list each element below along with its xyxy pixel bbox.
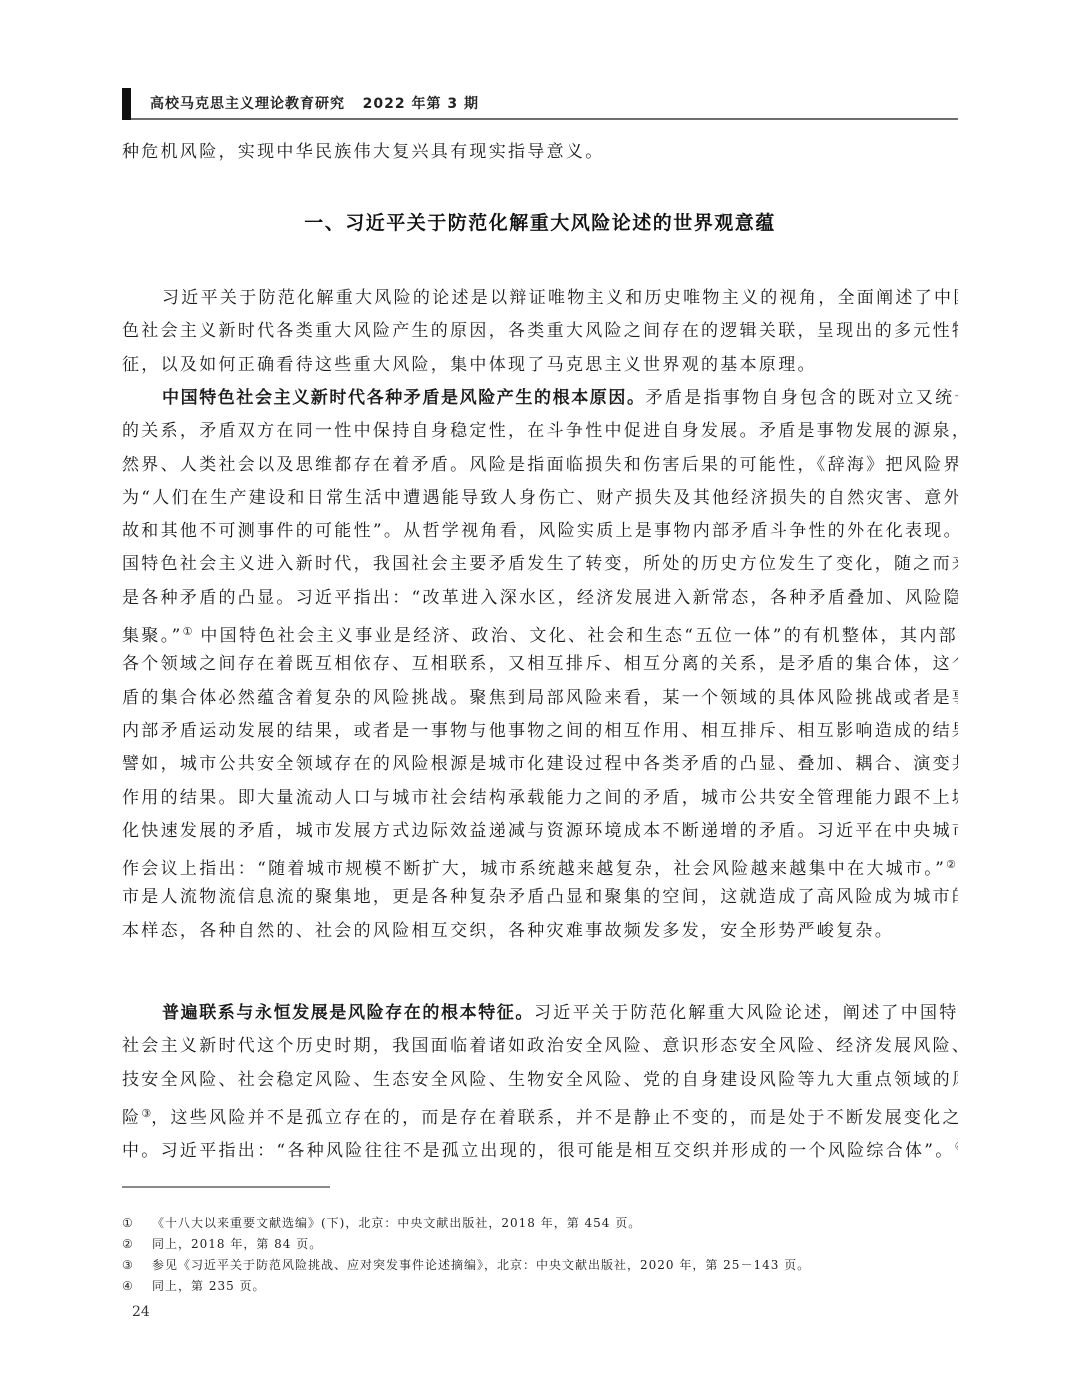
text-line: 种危机风险，实现中华民族伟大复兴具有现实指导意义。 [122, 136, 958, 169]
journal-name: 高校马克思主义理论教育研究 [150, 96, 345, 112]
text-line: 本样态，各种自然的、社会的风险相互交织，各种灾难事故频发多发，安全形势严峻复杂。 [122, 915, 958, 948]
text-line: 国特色社会主义进入新时代，我国社会主要矛盾发生了转变，所处的历史方位发生了变化，… [122, 548, 958, 581]
text-line: 譬如，城市公共安全领域存在的风险根源是城市化建设过程中各类矛盾的凸显、叠加、耦合… [122, 748, 958, 781]
text-line: 普遍联系与永恒发展是风险存在的根本特征。习近平关于防范化解重大风险论述，阐述了中… [122, 997, 958, 1030]
text-line: 各个领域之间存在着既互相依存、互相联系，又相互排斥、相互分离的关系，是矛盾的集合… [122, 648, 958, 681]
text-line: 的关系，矛盾双方在同一性中保持自身稳定性，在斗争性中促进自身发展。矛盾是事物发展… [122, 415, 958, 448]
footnote-2: ②同上，2018 年，第 84 页。 [122, 1234, 958, 1255]
text-line: 技安全风险、社会稳定风险、生态安全风险、生物安全风险、党的自身建设风险等九大重点… [122, 1064, 958, 1097]
section-title: 一、习近平关于防范化解重大风险论述的世界观意蕴 [122, 208, 958, 235]
paragraph-1: 习近平关于防范化解重大风险的论述是以辩证唯物主义和历史唯物主义的视角，全面阐述了… [122, 282, 958, 382]
footnotes: ①《十八大以来重要文献选编》(下)，北京：中央文献出版社，2018 年，第 45… [122, 1213, 958, 1297]
text-line: 习近平关于防范化解重大风险的论述是以辩证唯物主义和历史唯物主义的视角，全面阐述了… [122, 282, 958, 315]
text-line: 险③，这些风险并不是孤立存在的，而是存在着联系，并不是静止不变的，而是处于不断发… [122, 1097, 958, 1130]
text-line: 化快速发展的矛盾，城市发展方式边际效益递减与资源环境成本不断递增的矛盾。习近平在… [122, 815, 958, 848]
text-line: 盾的集合体必然蕴含着复杂的风险挑战。聚焦到局部风险来看，某一个领域的具体风险挑战… [122, 682, 958, 715]
text-line: 为“人们在生产建设和日常生活中遭遇能导致人身伤亡、财产损失及其他经济损失的自然灾… [122, 482, 958, 515]
footnote-ref-3[interactable]: ③ [141, 1107, 151, 1120]
text-line: 社会主义新时代这个历史时期，我国面临着诸如政治安全风险、意识形态安全风险、经济发… [122, 1030, 958, 1063]
running-header: 高校马克思主义理论教育研究 2022 年第 3 期 [122, 88, 958, 120]
footnote-3: ③参见《习近平关于防范风险挑战、应对突发事件论述摘编》，北京：中央文献出版社，2… [122, 1255, 958, 1276]
paragraph-2: 中国特色社会主义新时代各种矛盾是风险产生的根本原因。矛盾是指事物自身包含的既对立… [122, 382, 958, 948]
footnote-4: ④同上，第 235 页。 [122, 1276, 958, 1297]
text-line: 然界、人类社会以及思维都存在着矛盾。风险是指面临损失和伤害后果的可能性，《辞海》… [122, 449, 958, 482]
text-line: 故和其他不可测事件的可能性”。从哲学视角看，风险实质上是事物内部矛盾斗争性的外在… [122, 515, 958, 548]
text-line: 内部矛盾运动发展的结果，或者是一事物与他事物之间的相互作用、相互排斥、相互影响造… [122, 715, 958, 748]
continuation-text: 种危机风险，实现中华民族伟大复兴具有现实指导意义。 [122, 136, 958, 169]
header-text: 高校马克思主义理论教育研究 2022 年第 3 期 [150, 93, 479, 113]
footnote-1: ①《十八大以来重要文献选编》(下)，北京：中央文献出版社，2018 年，第 45… [122, 1213, 958, 1234]
issue-label: 2022 年第 3 期 [363, 96, 479, 112]
text-line: 作会议上指出：“随着城市规模不断扩大，城市系统越来越复杂，社会风险越来越集中在大… [122, 848, 958, 881]
page-number: 24 [132, 1304, 150, 1320]
text-line: 中国特色社会主义新时代各种矛盾是风险产生的根本原因。矛盾是指事物自身包含的既对立… [122, 382, 958, 415]
footnote-ref-2[interactable]: ② [946, 858, 956, 871]
text-line: 中。习近平指出：“各种风险往往不是孤立出现的，很可能是相互交织并形成的一个风险综… [122, 1130, 958, 1163]
paragraph-lead: 中国特色社会主义新时代各种矛盾是风险产生的根本原因。 [162, 388, 646, 408]
text-line: 集聚。”① 中国特色社会主义事业是经济、政治、文化、社会和生态“五位一体”的有机… [122, 615, 958, 648]
paragraph-3: 普遍联系与永恒发展是风险存在的根本特征。习近平关于防范化解重大风险论述，阐述了中… [122, 997, 958, 1163]
text-line: 市是人流物流信息流的聚集地，更是各种复杂矛盾凸显和聚集的空间，这就造成了高风险成… [122, 881, 958, 914]
text-line: 作用的结果。即大量流动人口与城市社会结构承载能力之间的矛盾，城市公共安全管理能力… [122, 782, 958, 815]
text-line: 征，以及如何正确看待这些重大风险，集中体现了马克思主义世界观的基本原理。 [122, 349, 958, 382]
header-black-bar [122, 88, 131, 120]
text-line: 是各种矛盾的凸显。习近平指出：“改革进入深水区，经济发展进入新常态，各种矛盾叠加… [122, 582, 958, 615]
footnote-ref-1[interactable]: ① [183, 625, 193, 638]
footnote-divider [122, 1186, 330, 1188]
text-line: 色社会主义新时代各类重大风险产生的原因，各类重大风险之间存在的逻辑关联，呈现出的… [122, 315, 958, 348]
footnote-ref-4[interactable]: ④ [955, 1140, 958, 1153]
paragraph-lead: 普遍联系与永恒发展是风险存在的根本特征。 [162, 1003, 534, 1023]
